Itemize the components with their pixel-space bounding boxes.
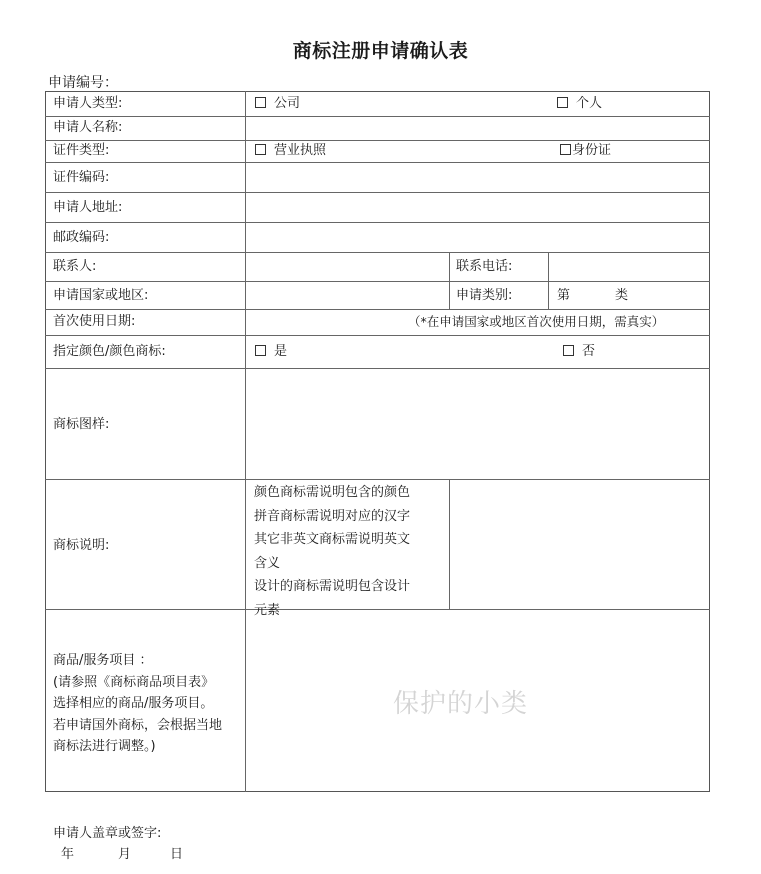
row-divider	[45, 368, 710, 369]
mark-image-label: 商标图样:	[53, 417, 109, 433]
option-individual[interactable]: 个人	[557, 96, 602, 112]
column-divider	[548, 252, 549, 309]
postal-code-field[interactable]	[247, 224, 709, 251]
mark-image-upload-area[interactable]	[247, 370, 709, 478]
applicant-address-label: 申请人地址:	[53, 200, 122, 216]
applicant-type-label: 申请人类型:	[53, 96, 122, 112]
applicant-name-label: 申请人名称:	[53, 120, 122, 136]
option-company[interactable]: 公司	[255, 96, 300, 112]
mark-description-hints: 颜色商标需说明包含的颜色 拼音商标需说明对应的汉字 其它非英文商标需说明英文 含…	[254, 481, 410, 622]
contact-field[interactable]	[247, 254, 448, 280]
class-number-field[interactable]	[575, 284, 610, 306]
mark-description-label: 商标说明:	[53, 538, 109, 554]
id-number-label: 证件编码:	[53, 170, 109, 186]
option-id-card[interactable]: 身份证	[560, 143, 611, 159]
signature-label: 申请人盖章或签字:	[53, 822, 161, 841]
id-type-label: 证件类型:	[53, 143, 109, 159]
applicant-address-field[interactable]	[247, 194, 709, 221]
first-use-date-label: 首次使用日期:	[53, 314, 135, 330]
hint-line: 颜色商标需说明包含的颜色	[254, 481, 410, 505]
goods-services-line: (请参照《商标商品项目表》	[53, 672, 222, 694]
row-divider	[45, 281, 710, 282]
column-divider	[449, 479, 450, 609]
row-divider	[45, 252, 710, 253]
goods-services-line: 商标法进行调整。)	[53, 736, 222, 758]
country-label: 申请国家或地区:	[53, 288, 148, 304]
date-day: 日	[170, 843, 183, 862]
country-field[interactable]	[247, 283, 448, 308]
contact-phone-label: 联系电话:	[456, 259, 512, 275]
row-divider	[45, 116, 710, 117]
checkbox-icon[interactable]	[255, 144, 266, 155]
checkbox-icon[interactable]	[560, 144, 571, 155]
mark-description-field[interactable]	[451, 481, 709, 608]
option-no[interactable]: 否	[563, 344, 595, 360]
postal-code-label: 邮政编码:	[53, 230, 109, 246]
row-divider	[45, 479, 710, 480]
first-use-date-note: （*在申请国家或地区首次使用日期，需真实）	[408, 314, 664, 330]
first-use-date-field[interactable]	[247, 311, 397, 334]
class-label: 申请类别:	[456, 288, 512, 304]
contact-phone-field[interactable]	[550, 254, 709, 280]
column-divider	[449, 252, 450, 309]
row-divider	[45, 162, 710, 163]
checkbox-icon[interactable]	[255, 97, 266, 108]
hint-line: 含义	[254, 552, 410, 576]
class-suffix: 类	[615, 288, 628, 304]
date-year: 年	[61, 843, 74, 862]
row-divider	[45, 309, 710, 310]
goods-services-line: 若申请国外商标，会根据当地	[53, 715, 222, 737]
option-yes[interactable]: 是	[255, 344, 287, 360]
class-prefix: 第	[557, 288, 570, 304]
watermark: 保护的小类	[393, 683, 528, 720]
hint-line: 设计的商标需说明包含设计	[254, 575, 410, 599]
row-divider	[45, 335, 710, 336]
id-number-field[interactable]	[247, 164, 709, 191]
application-number-label: 申请编号：	[48, 72, 118, 92]
row-divider	[45, 222, 710, 223]
contact-label: 联系人:	[53, 259, 96, 275]
row-divider	[45, 140, 710, 141]
column-divider	[245, 91, 246, 792]
applicant-name-field[interactable]	[247, 118, 709, 139]
date-month: 月	[118, 843, 131, 862]
checkbox-icon[interactable]	[255, 345, 266, 356]
goods-services-label: 商品/服务项目 ： (请参照《商标商品项目表》 选择相应的商品/服务项目。 若申…	[53, 650, 222, 758]
form-title: 商标注册申请确认表	[0, 36, 761, 63]
checkbox-icon[interactable]	[557, 97, 568, 108]
hint-line: 其它非英文商标需说明英文	[254, 528, 410, 552]
hint-line: 拼音商标需说明对应的汉字	[254, 505, 410, 529]
goods-services-line: 商品/服务项目 ：	[53, 650, 222, 672]
row-divider	[45, 192, 710, 193]
color-mark-label: 指定颜色/颜色商标:	[53, 344, 166, 360]
option-business-license[interactable]: 营业执照	[255, 143, 326, 159]
goods-services-line: 选择相应的商品/服务项目。	[53, 693, 222, 715]
checkbox-icon[interactable]	[563, 345, 574, 356]
